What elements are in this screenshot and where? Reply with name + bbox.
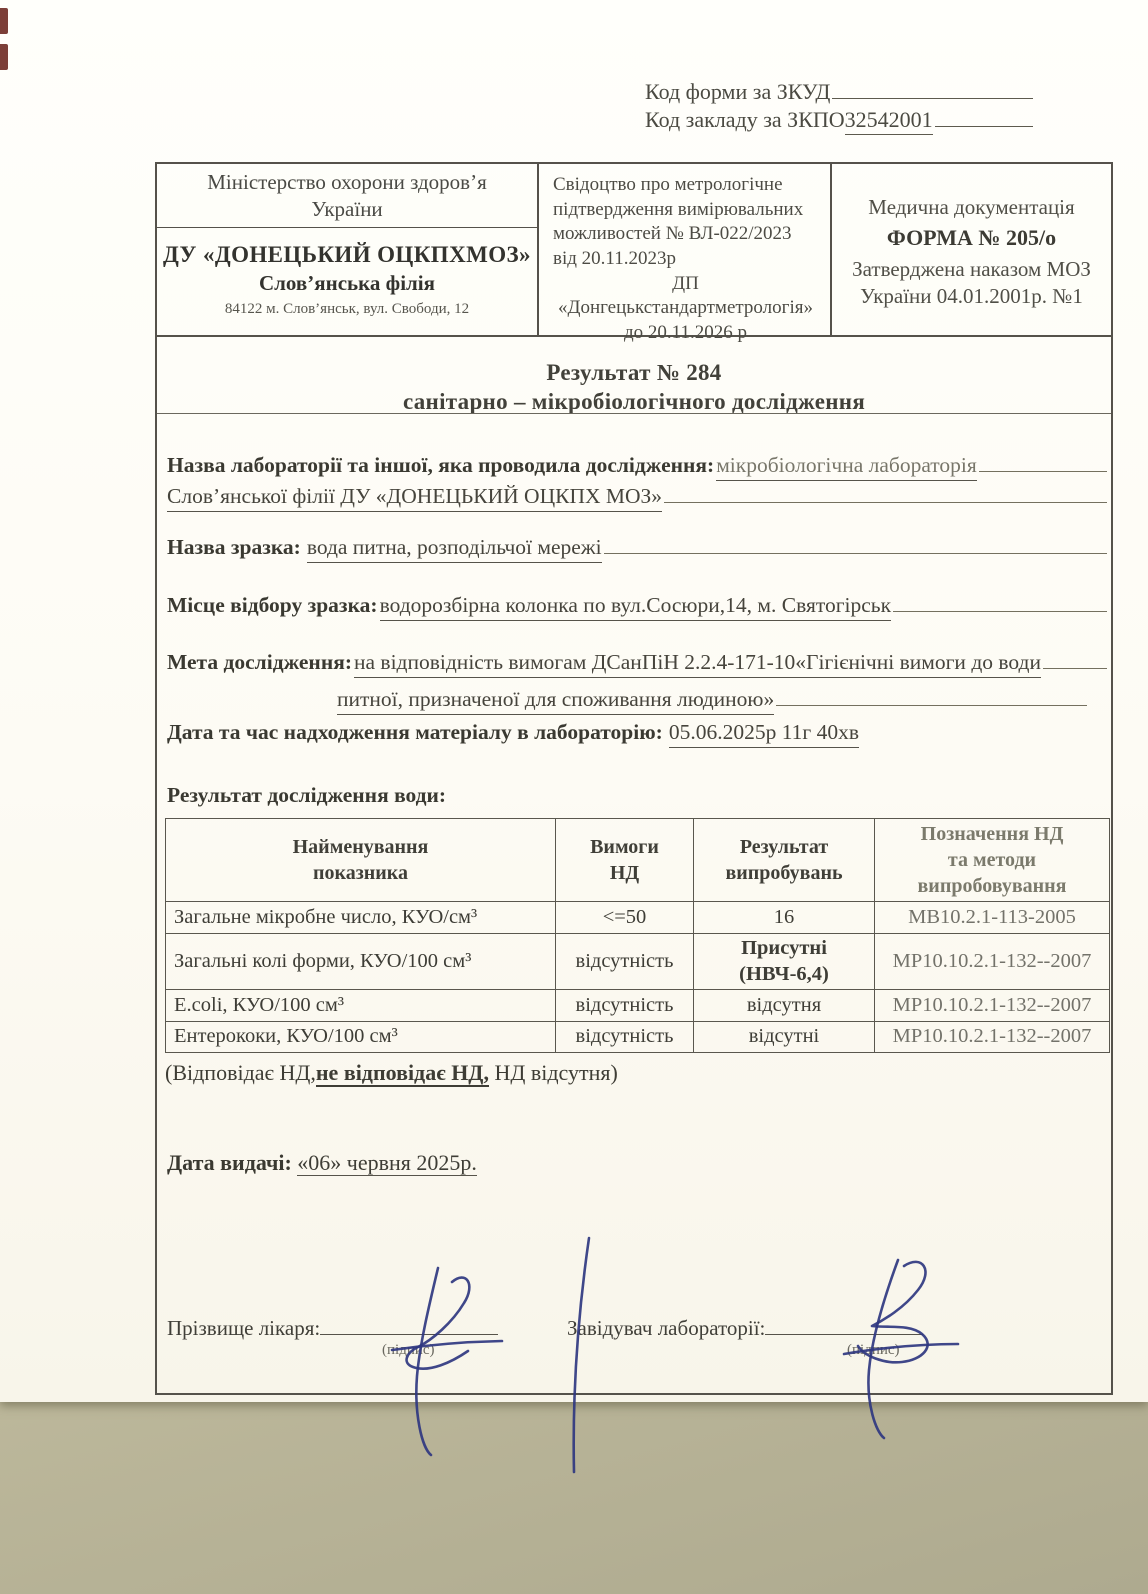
doc-kind: Медична документація — [832, 194, 1111, 221]
blank-underline — [832, 98, 1032, 99]
issue-date-value: «06» червня 2025р. — [297, 1150, 477, 1176]
cell-result: відсутня — [694, 990, 875, 1022]
cell-indicator: E.coli, КУО/100 см³ — [166, 990, 556, 1022]
header-org-cell: Міністерство охорони здоров’я України ДУ… — [157, 164, 539, 335]
results-table-body: Загальне мікробне число, КУО/см³<=5016МВ… — [166, 902, 1110, 1053]
ministry-name: Міністерство охорони здоров’я України — [157, 164, 537, 228]
cell-indicator: Загальні колі форми, КУО/100 см³ — [166, 934, 556, 990]
cell-result: 16 — [694, 902, 875, 934]
divider-line — [157, 413, 1111, 414]
facility-code-line: Код закладу за ЗКПО32542001 — [645, 106, 1033, 135]
org-name: ДУ «ДОНЕЦЬКИЙ ОЦКПХМОЗ» — [157, 242, 537, 268]
footnote-bold: не відповідає НД, — [316, 1060, 489, 1087]
col-header-requirement: Вимоги НД — [556, 819, 694, 902]
blank-underline — [893, 611, 1107, 612]
table-row: E.coli, КУО/100 см³відсутністьвідсутняМР… — [166, 990, 1110, 1022]
field-lab-value2: Слов’янської філії ДУ «ДОНЕЦЬКИЙ ОЦКПХ М… — [167, 481, 662, 512]
conformity-footnote: (Відповідає НД,не відповідає НД, НД відс… — [165, 1060, 618, 1086]
cell-method: МР10.10.2.1-132--2007 — [875, 1022, 1110, 1053]
field-place-value: водорозбірна колонка по вул.Сосюри,14, м… — [380, 590, 891, 621]
col-header-method: Позначення НД та методи випробовування — [875, 819, 1110, 902]
field-received-value: 05.06.2025р 11г 40хв — [669, 717, 859, 748]
field-purpose: Мета дослідження:на відповідність вимога… — [167, 647, 1107, 715]
doctor-signature-caption: (підпис) — [382, 1342, 435, 1359]
blank-underline — [935, 126, 1033, 127]
field-received-line: Дата та час надходження матеріалу в лабо… — [167, 717, 1107, 748]
blank-underline — [1043, 668, 1107, 669]
field-sample-value: вода питна, розподільчої мережі — [307, 532, 602, 563]
head-signature-line — [765, 1314, 923, 1335]
blank-underline — [776, 705, 1087, 706]
header-form-cell: Медична документація ФОРМА № 205/о Затве… — [832, 164, 1111, 335]
approved-line1: Затверджена наказом МОЗ — [832, 256, 1111, 283]
field-place: Місце відбору зразка:водорозбірна колонк… — [167, 590, 1107, 621]
field-lab-value1: мікробіологічна лабораторія — [716, 450, 977, 481]
field-place-label: Місце відбору зразка: — [167, 590, 378, 620]
header-certificate-cell: Свідоцтво про метрологічне підтвердження… — [539, 164, 832, 335]
facility-code-value: 32542001 — [845, 106, 933, 135]
results-table-head: Найменування показника Вимоги НД Результ… — [166, 819, 1110, 902]
form-codes: Код форми за ЗКУД Код закладу за ЗКПО325… — [645, 78, 1033, 135]
scanned-document-page: { "codes": { "form_label": "Код форми за… — [0, 0, 1148, 1594]
org-address: 84122 м. Слов’янськ, вул. Свободи, 12 — [157, 301, 537, 318]
field-received-label: Дата та час надходження матеріалу в лабо… — [167, 717, 663, 747]
org-block: ДУ «ДОНЕЦЬКИЙ ОЦКПХМОЗ» Слов’янська філі… — [157, 228, 537, 318]
blank-underline — [979, 471, 1107, 472]
field-lab-line2: Слов’янської філії ДУ «ДОНЕЦЬКИЙ ОЦКПХ М… — [167, 481, 1107, 512]
field-purpose-label: Мета дослідження: — [167, 647, 352, 677]
issue-date-line: Дата видачі: «06» червня 2025р. — [167, 1150, 477, 1176]
results-heading: Результат дослідження води: — [167, 780, 1107, 810]
cell-requirement: відсутність — [556, 934, 694, 990]
org-branch: Слов’янська філія — [157, 271, 537, 296]
cell-method: МВ10.2.1-113-2005 — [875, 902, 1110, 934]
field-lab-label: Назва лабораторії та іншої, яка проводил… — [167, 450, 714, 480]
table-row: Загальне мікробне число, КУО/см³<=5016МВ… — [166, 902, 1110, 934]
field-purpose-line1: Мета дослідження:на відповідність вимога… — [167, 647, 1107, 678]
col-header-indicator: Найменування показника — [166, 819, 556, 902]
cell-method: МР10.10.2.1-132--2007 — [875, 934, 1110, 990]
results-heading-label: Результат дослідження води: — [167, 783, 446, 807]
document-frame: Міністерство охорони здоров’я України ДУ… — [155, 162, 1113, 1395]
doctor-signature-block: Прізвище лікаря: (підпис) — [167, 1314, 517, 1341]
header-strip: Міністерство охорони здоров’я України ДУ… — [157, 164, 1111, 337]
field-lab: Назва лабораторії та іншої, яка проводил… — [167, 450, 1107, 512]
form-number: ФОРМА № 205/о — [832, 224, 1111, 253]
field-sample-line: Назва зразка:вода питна, розподільчої ме… — [167, 532, 1107, 563]
cell-indicator: Ентерококи, КУО/100 см³ — [166, 1022, 556, 1053]
scan-artifact — [0, 44, 8, 70]
cell-result: Присутні (НВЧ-6,4) — [694, 934, 875, 990]
head-signature-label: Завідувач лабораторії: — [567, 1316, 765, 1341]
field-purpose-value2: питної, призначеної для споживання людин… — [337, 684, 774, 715]
field-sample: Назва зразка:вода питна, розподільчої ме… — [167, 532, 1107, 563]
form-code-line: Код форми за ЗКУД — [645, 78, 1033, 106]
title-line1: Результат № 284 — [157, 359, 1111, 388]
table-row: Загальні колі форми, КУО/100 см³відсутні… — [166, 934, 1110, 990]
blank-underline — [604, 553, 1107, 554]
form-code-label: Код форми за ЗКУД — [645, 78, 830, 106]
certificate-org: «Донгецькстандартметрологія» — [553, 296, 818, 321]
cell-requirement: <=50 — [556, 902, 694, 934]
issue-date-label: Дата видачі: — [167, 1150, 292, 1175]
footnote-post: НД відсутня) — [489, 1060, 618, 1085]
field-lab-line1: Назва лабораторії та іншої, яка проводил… — [167, 450, 1107, 481]
col-header-result: Результат випробувань — [694, 819, 875, 902]
table-row: Ентерококи, КУО/100 см³відсутністьвідсут… — [166, 1022, 1110, 1053]
head-signature-caption: (підпис) — [847, 1342, 900, 1359]
head-signature-block: Завідувач лабораторії: (підпис) — [567, 1314, 967, 1341]
results-table: Найменування показника Вимоги НД Результ… — [165, 818, 1110, 1053]
blank-underline — [664, 502, 1107, 503]
certificate-dp: ДП — [553, 272, 818, 297]
facility-code-label: Код закладу за ЗКПО — [645, 106, 845, 134]
certificate-text: Свідоцтво про метрологічне підтвердження… — [553, 173, 818, 272]
doctor-signature-label: Прізвище лікаря: — [167, 1316, 320, 1341]
field-received: Дата та час надходження матеріалу в лабо… — [167, 717, 1107, 748]
scan-artifact — [0, 8, 8, 34]
footnote-pre: (Відповідає НД, — [165, 1060, 316, 1085]
approved-line2: України 04.01.2001р. №1 — [832, 283, 1111, 310]
certificate-valid-until: до 20.11.2026 р — [553, 321, 818, 346]
cell-result: відсутні — [694, 1022, 875, 1053]
field-sample-label: Назва зразка: — [167, 532, 301, 562]
doctor-signature-line — [320, 1314, 498, 1335]
cell-requirement: відсутність — [556, 990, 694, 1022]
field-purpose-line2: питної, призначеної для споживання людин… — [167, 684, 1107, 715]
cell-requirement: відсутність — [556, 1022, 694, 1053]
cell-method: МР10.10.2.1-132--2007 — [875, 990, 1110, 1022]
cell-indicator: Загальне мікробне число, КУО/см³ — [166, 902, 556, 934]
field-place-line: Місце відбору зразка:водорозбірна колонк… — [167, 590, 1107, 621]
results-header-row: Найменування показника Вимоги НД Результ… — [166, 819, 1110, 902]
field-purpose-value1: на відповідність вимогам ДСанПіН 2.2.4-1… — [354, 647, 1041, 678]
document-title: Результат № 284 санітарно – мікробіологі… — [157, 359, 1111, 417]
